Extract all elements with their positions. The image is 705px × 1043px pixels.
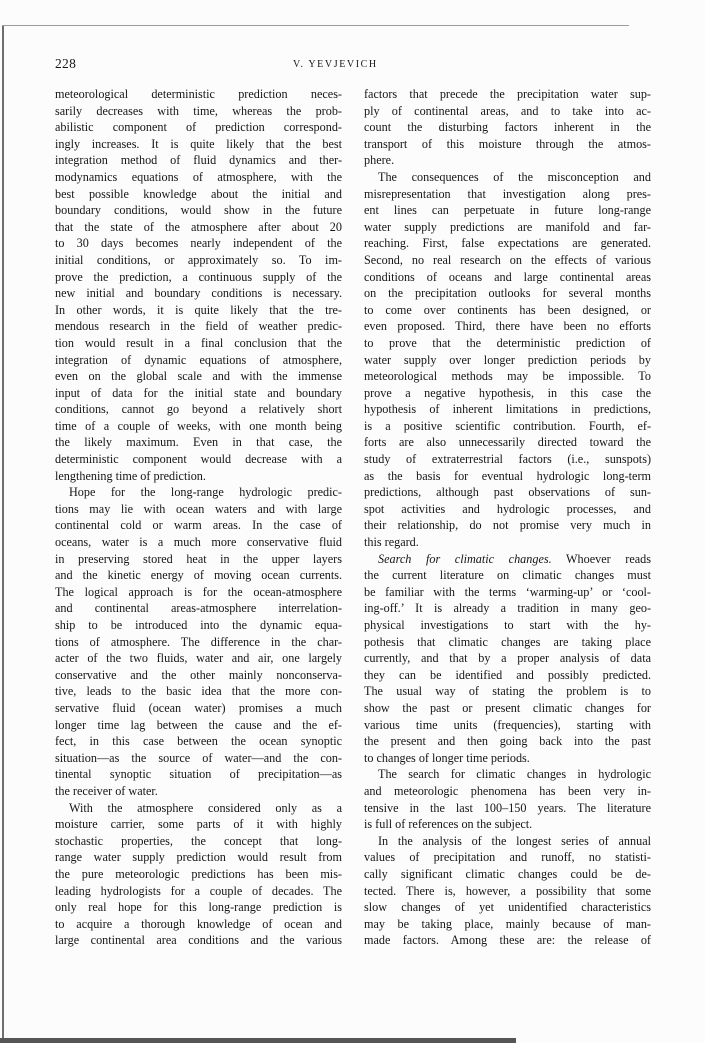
text-line: ingly increases. It is quite likely that…: [55, 136, 342, 153]
text-line: meteorological deterministic prediction …: [55, 86, 342, 103]
text-line: to acquire a thorough knowledge of ocean…: [55, 916, 342, 933]
text-line: modynamics equations of atmosphere, with…: [55, 169, 342, 186]
text-line: large continental area conditions and th…: [55, 932, 342, 949]
text-line: water supply over longer prediction peri…: [364, 352, 651, 369]
text-line: In other words, it is quite likely that …: [55, 302, 342, 319]
text-line: The search for climatic changes in hydro…: [364, 766, 651, 783]
text-line: lengthening time of prediction.: [55, 468, 342, 485]
text-line: even proposed. Third, there have been no…: [364, 318, 651, 335]
text-line: may be taking place, mainly because of m…: [364, 916, 651, 933]
text-line: be familiar with the terms ‘warming-up’ …: [364, 584, 651, 601]
text-line: initial conditions, or approximately so.…: [55, 252, 342, 269]
text-line: deterministic component would decrease w…: [55, 451, 342, 468]
text-line: phere.: [364, 152, 651, 169]
text-line: the pure meteorologic predictions has be…: [55, 866, 342, 883]
text-line: to come over continents has been designe…: [364, 302, 651, 319]
text-line: the receiver of water.: [55, 783, 342, 800]
text-line: to prove that the deterministic predicti…: [364, 335, 651, 352]
text-line: misrepresentation that investigation alo…: [364, 186, 651, 203]
text-line: hypothesis of inherent limitations in pr…: [364, 401, 651, 418]
text-line: range water supply prediction would resu…: [55, 849, 342, 866]
text-line: on the precipitation outlooks for severa…: [364, 285, 651, 302]
text-line: water supply predictions are manifold an…: [364, 219, 651, 236]
text-line: transport of this moisture through the a…: [364, 136, 651, 153]
text-line: mendous research in the field of weather…: [55, 318, 342, 335]
text-line: situation—as the source of water—and the…: [55, 750, 342, 767]
text-line: tected. There is, however, a possibility…: [364, 883, 651, 900]
text-line: spot activities and hydrologic processes…: [364, 501, 651, 518]
text-line: prove a negative hypothesis, in this cas…: [364, 385, 651, 402]
text-line: stochastic properties, the concept that …: [55, 833, 342, 850]
text-line: ship to be introduced into the dynamic e…: [55, 617, 342, 634]
text-line: and the kinetic energy of moving ocean c…: [55, 567, 342, 584]
text-line: In the analysis of the longest series of…: [364, 833, 651, 850]
text-line: physical investigations to start with th…: [364, 617, 651, 634]
left-column: meteorological deterministic prediction …: [55, 86, 342, 949]
text-line: Second, no real research on the effects …: [364, 252, 651, 269]
text-line: boundary conditions, would show in the f…: [55, 202, 342, 219]
text-line: in preserving stored heat in the upper l…: [55, 551, 342, 568]
text-line: Search for climatic changes. Whoever rea…: [364, 551, 651, 568]
text-line: conditions, cannot go beyond a relativel…: [55, 401, 342, 418]
text-line: servative fluid (ocean water) promises a…: [55, 700, 342, 717]
text-line: pothesis that climatic changes are takin…: [364, 634, 651, 651]
text-line: is full of references on the subject.: [364, 816, 651, 833]
text-line: reaching. First, false expectations are …: [364, 235, 651, 252]
text-line: they can be identified and possibly pred…: [364, 667, 651, 684]
text-line: tive, leads to the basic idea that the m…: [55, 683, 342, 700]
text-line: best possible knowledge about the initia…: [55, 186, 342, 203]
scanned-page: 228 V. YEVJEVICH meteorological determin…: [0, 0, 705, 1043]
page-content: 228 V. YEVJEVICH meteorological determin…: [55, 56, 652, 949]
scan-edge-top: [2, 25, 629, 26]
text-line: longer time lag between the cause and th…: [55, 717, 342, 734]
text-line: and meteorologic phenomena has been very…: [364, 783, 651, 800]
text-line: and continental areas-atmosphere interre…: [55, 600, 342, 617]
text-line: ing-off.’ It is already a tradition in m…: [364, 600, 651, 617]
text-line: continental cold or warm areas. In the c…: [55, 517, 342, 534]
text-line: values of precipitation and runoff, no s…: [364, 849, 651, 866]
text-line: the present and then going back into the…: [364, 733, 651, 750]
text-line: integration of dynamic equations of atmo…: [55, 352, 342, 369]
text-line: tinental synoptic situation of precipita…: [55, 766, 342, 783]
text-line: The consequences of the misconception an…: [364, 169, 651, 186]
text-line: time of a couple of weeks, with one mont…: [55, 418, 342, 435]
text-line: even on the global scale and with the im…: [55, 368, 342, 385]
page-number: 228: [55, 56, 76, 72]
text-line: as the basis for eventual hydrologic lon…: [364, 468, 651, 485]
text-line: show the past or present climatic change…: [364, 700, 651, 717]
text-line: integration method of fluid dynamics and…: [55, 152, 342, 169]
text-line: that the state of the atmosphere after a…: [55, 219, 342, 236]
text-line: this regard.: [364, 534, 651, 551]
text-line: factors that precede the precipitation w…: [364, 86, 651, 103]
text-line: study of extraterrestrial factors (i.e.,…: [364, 451, 651, 468]
text-line: The usual way of stating the problem is …: [364, 683, 651, 700]
text-line: acter of the two fluids, water and air, …: [55, 650, 342, 667]
text-line: tensive in the last 100–150 years. The l…: [364, 800, 651, 817]
text-line: conservative and the other mainly noncon…: [55, 667, 342, 684]
text-line: to changes of longer time periods.: [364, 750, 651, 767]
text-line: Hope for the long-range hydrologic predi…: [55, 484, 342, 501]
text-line: various time units (frequencies), starti…: [364, 717, 651, 734]
running-head: V. YEVJEVICH: [293, 59, 378, 70]
text-line: the likely maximum. Even in that case, t…: [55, 434, 342, 451]
text-line: ent lines can perpetuate in future long-…: [364, 202, 651, 219]
text-line: leading hydrologists for a couple of dec…: [55, 883, 342, 900]
text-line: oceans, water is a much more conservativ…: [55, 534, 342, 551]
text-line: meteorological methods may be impossible…: [364, 368, 651, 385]
text-line: made factors. Among these are: the relea…: [364, 932, 651, 949]
text-line: new initial and boundary conditions is n…: [55, 285, 342, 302]
text-line: is a positive scientific contribution. F…: [364, 418, 651, 435]
scan-edge-bottom: [0, 1038, 516, 1043]
text-line: predictions, although past observations …: [364, 484, 651, 501]
text-line: only real hope for this long-range predi…: [55, 899, 342, 916]
right-column: factors that precede the precipitation w…: [364, 86, 651, 949]
text-line: input of data for the initial state and …: [55, 385, 342, 402]
scan-edge-left: [2, 25, 4, 1043]
page-header: 228 V. YEVJEVICH: [55, 56, 652, 74]
text-line: abilistic component of prediction corres…: [55, 119, 342, 136]
text-line: fect, in this case between the ocean syn…: [55, 733, 342, 750]
text-line: to 30 days becomes nearly independent of…: [55, 235, 342, 252]
text-line: tions may lie with ocean waters and with…: [55, 501, 342, 518]
text-line: With the atmosphere considered only as a: [55, 800, 342, 817]
text-line: their relationship, do not promise very …: [364, 517, 651, 534]
text-line: count the disturbing factors inherent in…: [364, 119, 651, 136]
text-line: tion would result in a final conclusion …: [55, 335, 342, 352]
text-line: prove the prediction, a continuous suppl…: [55, 269, 342, 286]
text-line: slow changes of yet unidentified charact…: [364, 899, 651, 916]
text-line: moisture carrier, some parts of it with …: [55, 816, 342, 833]
text-line: currently, and that by a proper analysis…: [364, 650, 651, 667]
text-line: The logical approach is for the ocean-at…: [55, 584, 342, 601]
text-line: the current literature on climatic chang…: [364, 567, 651, 584]
text-columns: meteorological deterministic prediction …: [55, 86, 652, 949]
text-line: forts are also unnecessarily directed to…: [364, 434, 651, 451]
text-line: cally significant climatic changes could…: [364, 866, 651, 883]
text-line: ply of continental areas, and to take in…: [364, 103, 651, 120]
text-line: sarily decreases with time, whereas the …: [55, 103, 342, 120]
text-line: conditions of oceans and large continent…: [364, 269, 651, 286]
text-line: tions of atmosphere. The difference in t…: [55, 634, 342, 651]
